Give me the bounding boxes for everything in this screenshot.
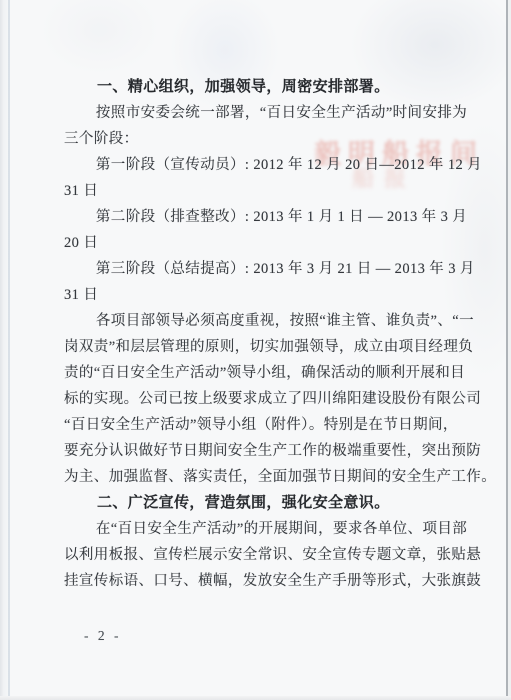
document-line: 第二阶段（排查整改）: 2013 年 1 月 1 日 — 2013 年 3 月 bbox=[64, 204, 449, 230]
page-number: - 2 - bbox=[84, 628, 122, 644]
document-line: 第一阶段（宣传动员）: 2012 年 12 月 20 日—2012 年 12 月 bbox=[64, 152, 449, 178]
document-line: 一、精心组织，加强领导，周密安排部署。 bbox=[64, 74, 449, 100]
scan-left-edge-line bbox=[8, 0, 10, 700]
document-line: “百日安全生产活动”领导小组（附件）。特别是在节日期间， bbox=[64, 412, 449, 438]
document-line: 要充分认识做好节日期间安全生产工作的极端重要性，突出预防 bbox=[64, 438, 449, 464]
document-line: 为主、加强监督、落实责任，全面加强节日期间的安全生产工作。 bbox=[64, 464, 449, 490]
document-line: 第三阶段（总结提高）: 2013 年 3 月 21 日 — 2013 年 3 月 bbox=[64, 256, 449, 282]
document-line: 岗双责”和层层管理的原则，切实加强领导，成立由项目经理负 bbox=[64, 334, 449, 360]
document-line: 按照市安委会统一部署，“百日安全生产活动”时间安排为 bbox=[64, 100, 449, 126]
scan-right-edge-line bbox=[506, 0, 508, 700]
document-line: 以利用板报、宣传栏展示安全常识、安全宣传专题文章，张贴悬 bbox=[64, 542, 449, 568]
document-line: 20 日 bbox=[64, 230, 449, 256]
document-line: 在“百日安全生产活动”的开展期间，要求各单位、项目部 bbox=[64, 516, 449, 542]
document-line: 三个阶段： bbox=[64, 126, 449, 152]
document-line: 挂宣传标语、口号、横幅，发放安全生产手册等形式，大张旗鼓 bbox=[64, 568, 449, 594]
scan-smudge bbox=[40, 0, 160, 75]
document-line: 标的实现。公司已按上级要求成立了四川绵阳建设股份有限公司 bbox=[64, 386, 449, 412]
document-line: 各项目部领导必须高度重视，按照“谁主管、谁负责”、“一 bbox=[64, 308, 449, 334]
scanned-page: 毅明船报间 船报 一、精心组织，加强领导，周密安排部署。按照市安委会统一部署，“… bbox=[0, 0, 511, 700]
document-line: 31 日 bbox=[64, 178, 449, 204]
document-line: 二、广泛宣传，营造氛围，强化安全意识。 bbox=[64, 490, 449, 516]
document-line: 责的“百日安全生产活动”领导小组，确保活动的顺利开展和目 bbox=[64, 360, 449, 386]
document-line: 31 日 bbox=[64, 282, 449, 308]
scan-bottom-edge bbox=[0, 696, 511, 700]
document-body: 一、精心组织，加强领导，周密安排部署。按照市安委会统一部署，“百日安全生产活动”… bbox=[64, 74, 449, 594]
